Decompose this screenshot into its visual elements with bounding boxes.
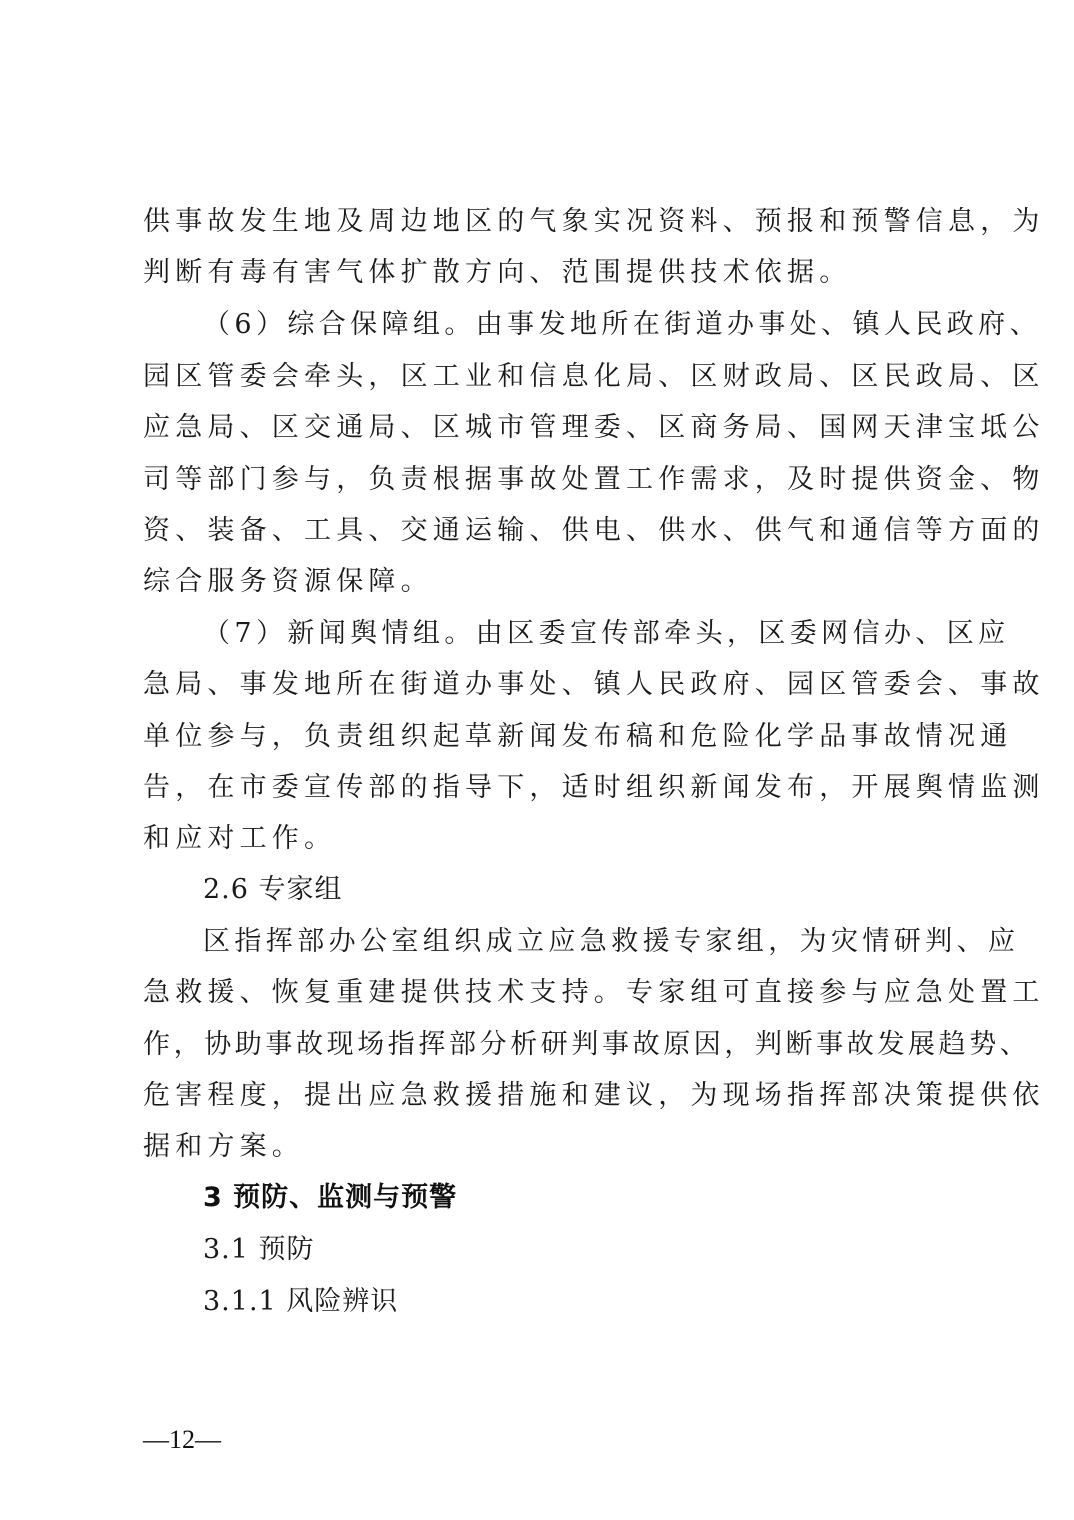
section-heading-2-6: 2.6 专家组 — [203, 873, 1003, 907]
paragraph-line: 园区管委会牵头，区工业和信息化局、区财政局、区民政局、区 — [143, 360, 943, 394]
document-page: 供事故发生地及周边地区的气象实况资料、预报和预警信息，为 判断有毒有害气体扩散方… — [0, 0, 1074, 1520]
paragraph-line: 和应对工作。 — [143, 822, 943, 856]
section-heading-3-1: 3.1 预防 — [203, 1233, 1003, 1267]
section-heading-3-1-1: 3.1.1 风险辨识 — [203, 1285, 1003, 1319]
paragraph-line: （7）新闻舆情组。由区委宣传部牵头，区委网信办、区应 — [203, 617, 1003, 651]
paragraph-line: 供事故发生地及周边地区的气象实况资料、预报和预警信息，为 — [143, 205, 943, 239]
page-number: —12— — [143, 1425, 221, 1455]
paragraph-line: 急局、事发地所在街道办事处、镇人民政府、园区管委会、事故 — [143, 668, 943, 702]
paragraph-line: 应急局、区交通局、区城市管理委、区商务局、国网天津宝坻公 — [143, 411, 943, 445]
paragraph-line: 资、装备、工具、交通运输、供电、供水、供气和通信等方面的 — [143, 514, 943, 548]
paragraph-line: 区指挥部办公室组织成立应急救援专家组，为灾情研判、应 — [203, 925, 1003, 959]
paragraph-line: 综合服务资源保障。 — [143, 565, 943, 599]
paragraph-line: 据和方案。 — [143, 1130, 943, 1164]
paragraph-line: 单位参与，负责组织起草新闻发布稿和危险化学品事故情况通 — [143, 720, 943, 754]
paragraph-line: （6）综合保障组。由事发地所在街道办事处、镇人民政府、 — [203, 308, 1003, 342]
paragraph-line: 危害程度，提出应急救援措施和建议，为现场指挥部决策提供依 — [143, 1079, 943, 1113]
paragraph-line: 告，在市委宣传部的指导下，适时组织新闻发布，开展舆情监测 — [143, 771, 943, 805]
paragraph-line: 急救援、恢复重建提供技术支持。专家组可直接参与应急处置工 — [143, 976, 943, 1010]
paragraph-line: 判断有毒有害气体扩散方向、范围提供技术依据。 — [143, 256, 943, 290]
paragraph-line: 作，协助事故现场指挥部分析研判事故原因，判断事故发展趋势、 — [143, 1028, 943, 1062]
section-heading-3: 3 预防、监测与预警 — [203, 1181, 1003, 1215]
paragraph-line: 司等部门参与，负责根据事故处置工作需求，及时提供资金、物 — [143, 463, 943, 497]
